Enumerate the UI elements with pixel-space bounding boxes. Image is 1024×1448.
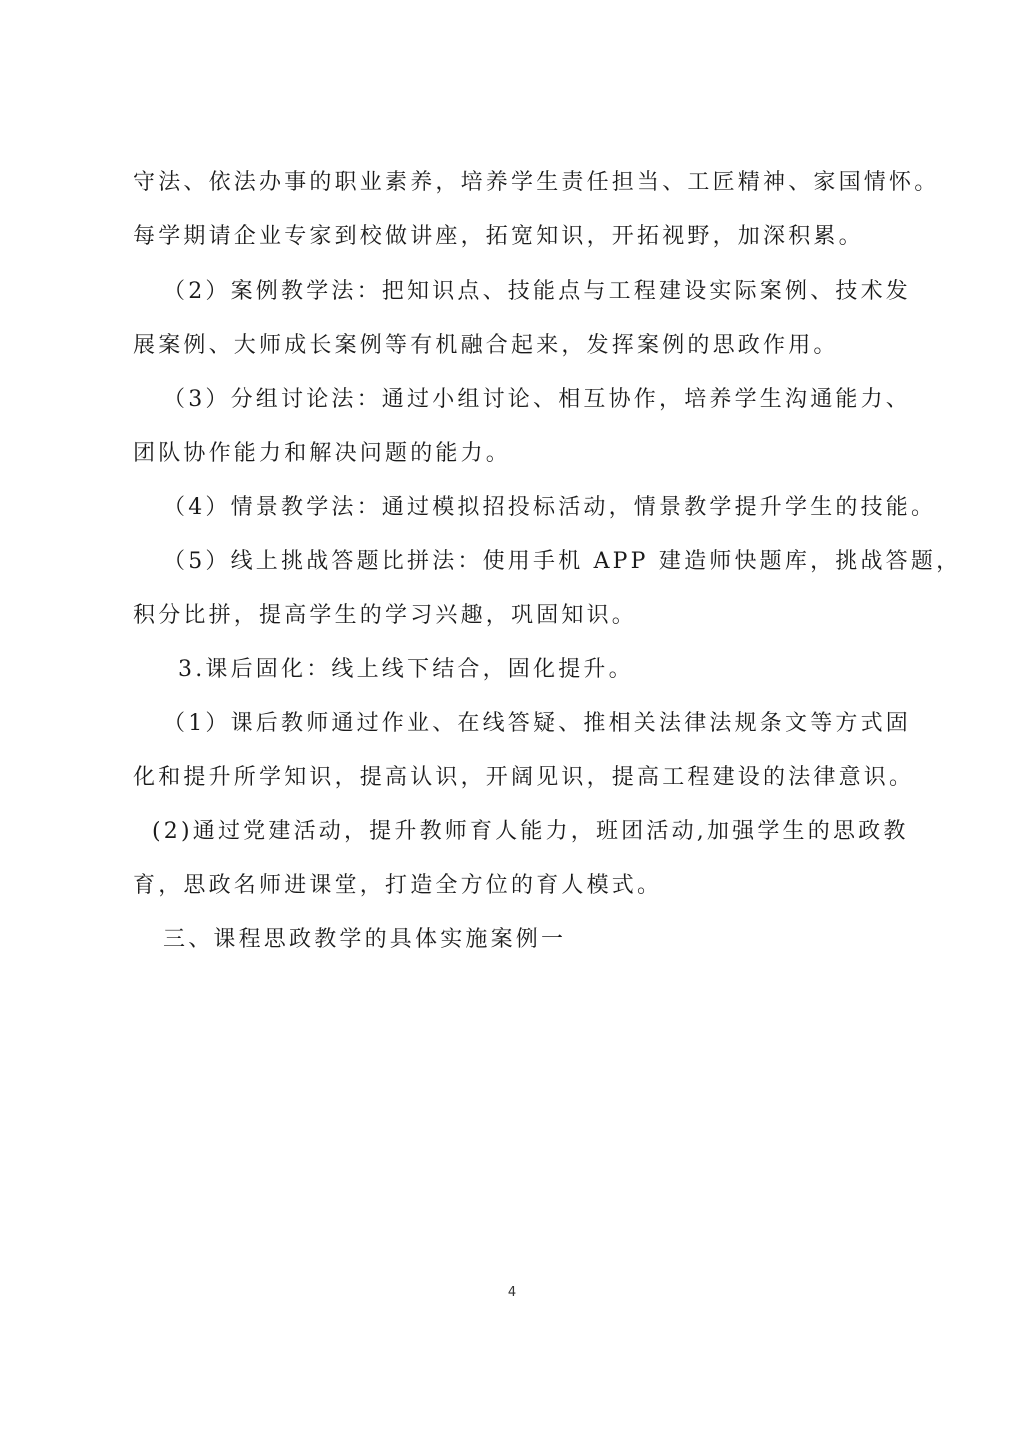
text-line-1: 守法、依法办事的职业素养，培养学生责任担当、工匠精神、家国情怀。	[133, 168, 939, 198]
text-line-13: (2)通过党建活动，提升教师育人能力，班团活动,加强学生的思政教	[152, 817, 909, 847]
page-number: 4	[0, 1285, 1024, 1300]
text-line-8: （5）线上挑战答题比拼法：使用手机 APP 建造师快题库，挑战答题，	[163, 547, 961, 577]
text-line-3: （2）案例教学法：把知识点、技能点与工程建设实际案例、技术发	[163, 277, 911, 307]
text-line-5: （3）分组讨论法：通过小组讨论、相互协作，培养学生沟通能力、	[163, 385, 911, 415]
text-line-4: 展案例、大师成长案例等有机融合起来，发挥案例的思政作用。	[133, 331, 839, 361]
document-page: 守法、依法办事的职业素养，培养学生责任担当、工匠精神、家国情怀。 每学期请企业专…	[0, 0, 1024, 1448]
text-line-6: 团队协作能力和解决问题的能力。	[133, 439, 511, 469]
section-heading-case-study: 三、课程思政教学的具体实施案例一	[163, 925, 566, 955]
text-line-12: 化和提升所学知识，提高认识，开阔见识，提高工程建设的法律意识。	[133, 763, 914, 793]
text-line-14: 育，思政名师进课堂，打造全方位的育人模式。	[133, 871, 662, 901]
text-line-9: 积分比拼，提高学生的学习兴趣，巩固知识。	[133, 601, 637, 631]
text-line-7: （4）情景教学法：通过模拟招投标活动，情景教学提升学生的技能。	[163, 493, 936, 523]
section-heading-after-class: 3.课后固化：线上线下结合，固化提升。	[178, 655, 634, 685]
text-line-11: （1）课后教师通过作业、在线答疑、推相关法律法规条文等方式固	[163, 709, 911, 739]
text-line-2: 每学期请企业专家到校做讲座，拓宽知识，开拓视野，加深积累。	[133, 222, 864, 252]
